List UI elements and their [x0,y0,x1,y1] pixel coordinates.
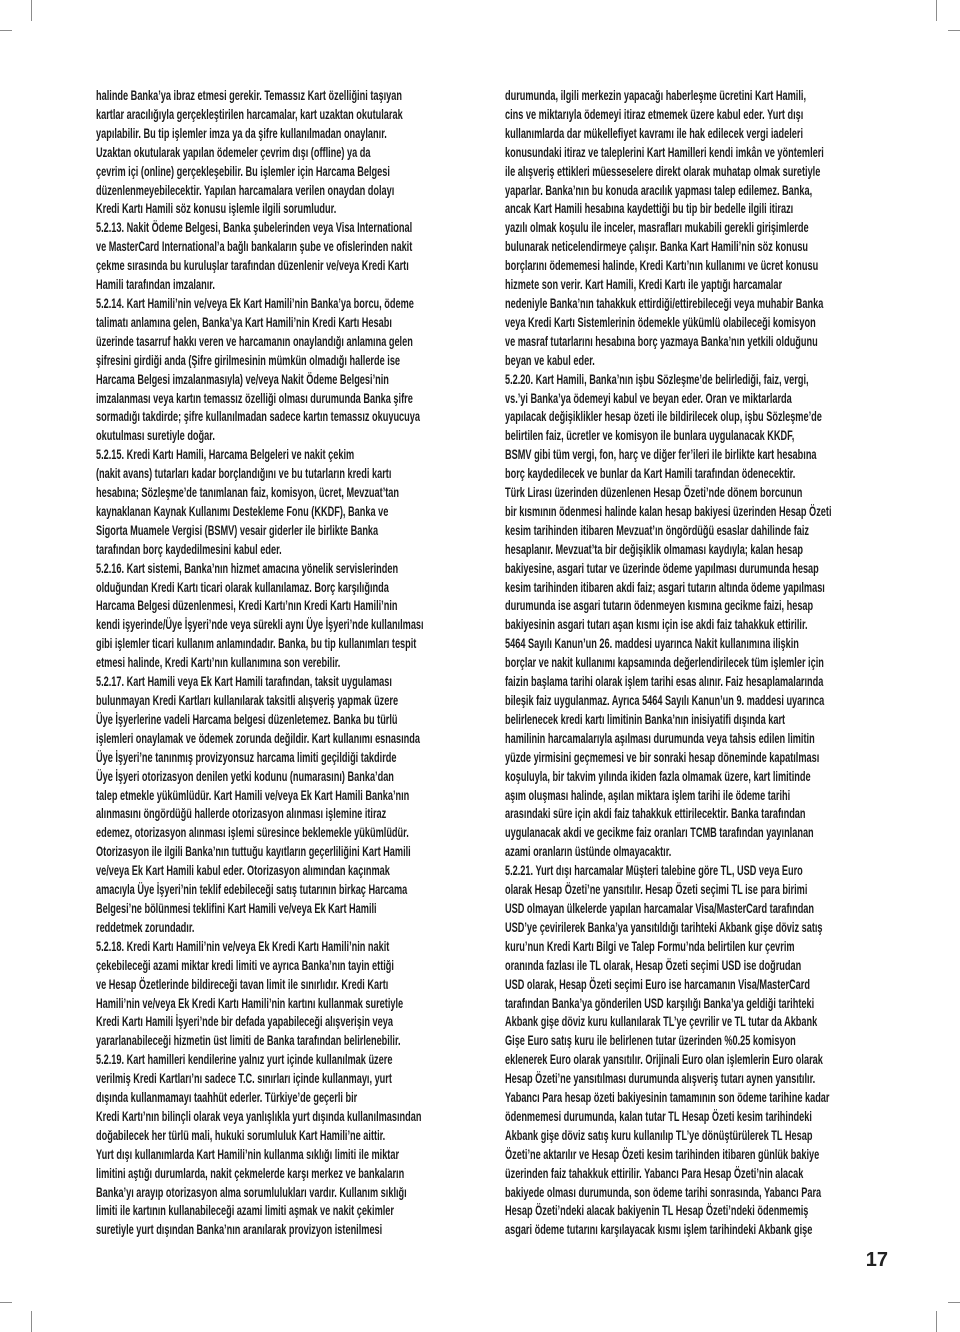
document-page: halinde Banka’ya ibraz etmesi gerekir. T… [0,0,960,1332]
crop-mark-bottom-left-horizontal [0,1302,12,1303]
page-number: 17 [850,1249,888,1272]
clause-5-2-13: 5.2.13. Nakit Ödeme Belgesi, Banka şubel… [96,219,477,295]
clause-5-2-18: 5.2.18. Kredi Kartı Hamili’nin ve/veya E… [96,938,477,1051]
crop-mark-bottom-left-vertical [31,1311,32,1332]
crop-mark-top-right-vertical [936,0,937,21]
crop-mark-top-left-horizontal [0,30,12,31]
continued-paragraph: halinde Banka’ya ibraz etmesi gerekir. T… [96,87,477,219]
crop-mark-top-right-horizontal [948,30,960,31]
clause-5-2-16: 5.2.16. Kart sistemi, Banka’nın hizmet a… [96,560,477,673]
clause-5-2-21: 5.2.21. Yurt dışı harcamalar Müşteri tal… [505,862,886,1240]
clause-5-2-15: 5.2.15. Kredi Kartı Hamili, Harcama Belg… [96,446,477,559]
continued-paragraph: durumunda, ilgili merkezin yapacağı habe… [505,87,886,371]
crop-mark-bottom-right-vertical [936,1311,937,1332]
right-column: durumunda, ilgili merkezin yapacağı habe… [505,87,886,1240]
crop-mark-top-left-vertical [31,0,32,21]
clause-5-2-17: 5.2.17. Kart Hamili veya Ek Kart Hamili … [96,673,477,938]
clause-5-2-14: 5.2.14. Kart Hamili’nin ve/veya Ek Kart … [96,295,477,446]
left-column: halinde Banka’ya ibraz etmesi gerekir. T… [96,87,477,1240]
crop-mark-bottom-right-horizontal [948,1302,960,1303]
clause-5-2-19: 5.2.19. Kart hamilleri kendilerine yalnı… [96,1051,477,1240]
clause-5-2-20: 5.2.20. Kart Hamili, Banka’nın işbu Sözl… [505,371,886,863]
